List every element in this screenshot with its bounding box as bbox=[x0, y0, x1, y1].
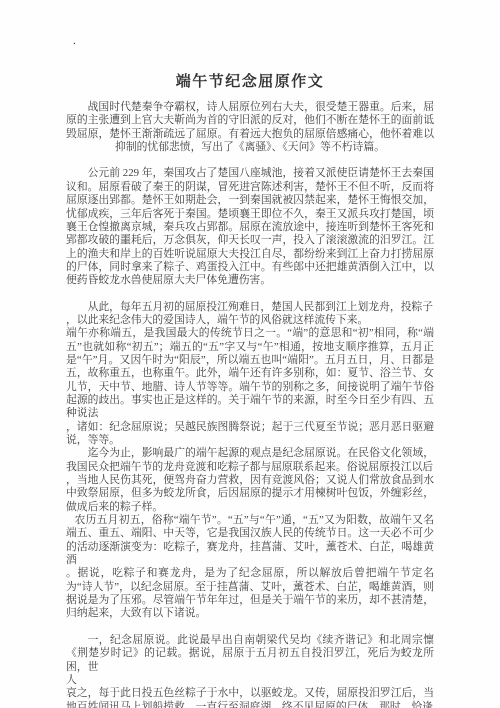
document-body: 战国时代楚秦争夺霸权，诗人屈原位列右大夫，很受楚王器重。后来，屈原的主张遭到上官… bbox=[66, 101, 434, 708]
paragraph: 公元前 229 年，秦国攻占了楚国八座城池，接着又派使臣请楚怀王去秦国议和。屈原… bbox=[66, 167, 434, 287]
paragraph: 农历五月初五，俗称“端午节”。“五”与“午”通，“五”又为阳数，故端午又名端五、… bbox=[66, 514, 434, 621]
document-title: 端午节纪念屈原作文 bbox=[0, 10, 500, 91]
paragraph: 迄今为止，影响最广的端午起源的观点是纪念屈原说。在民俗文化领域，我国民众把端午节… bbox=[66, 447, 434, 514]
paragraph: 从此，每年五月初的屈原投江殉难日，楚国人民都到江上划龙舟，投粽子 ，以此来纪念伟… bbox=[66, 301, 434, 328]
stray-mark: . bbox=[73, 36, 76, 47]
paragraph: 一，纪念屈原说。此说最早出自南朝梁代吴均《续齐谐记》和北周宗懔《荆楚岁时记》的记… bbox=[66, 634, 434, 708]
paragraph: 战国时代楚秦争夺霸权，诗人屈原位列右大夫，很受楚王器重。后来，屈原的主张遭到上官… bbox=[66, 101, 434, 154]
paragraph: 端午亦称端五，是我国最大的传统节日之一。“端”的意思和“初”相同，称“端五”也就… bbox=[66, 327, 434, 447]
document-page: . 端午节纪念屈原作文 战国时代楚秦争夺霸权，诗人屈原位列右大夫，很受楚王器重。… bbox=[0, 0, 500, 708]
